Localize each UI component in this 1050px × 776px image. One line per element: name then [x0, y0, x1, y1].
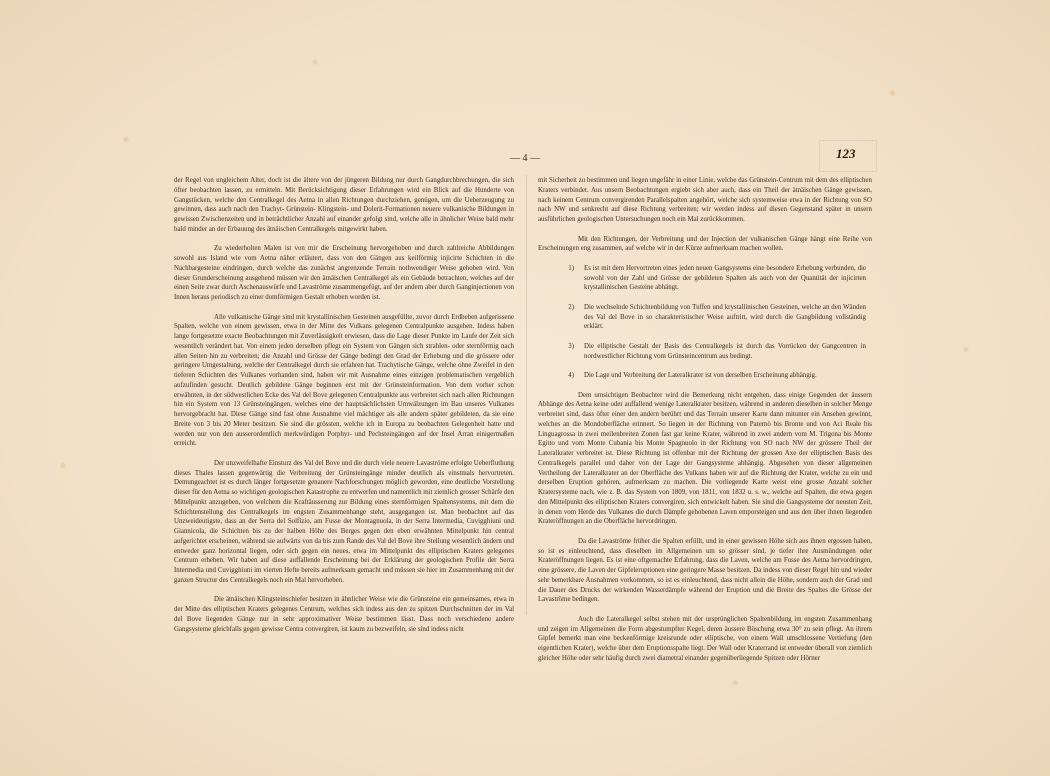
- left-column: der Regel von ungleichem Alter, doch ist…: [174, 176, 514, 644]
- paragraph: der Regel von ungleichem Alter, doch ist…: [174, 176, 514, 235]
- paragraph: Auch die Lateralkegel selbst stehen mit …: [538, 615, 872, 664]
- list-number: 3): [538, 342, 584, 362]
- paragraph: Da die Lavaströme früher die Spalten erf…: [538, 537, 872, 605]
- paragraph: mit Sicherheit zu bestimmen und liegen u…: [538, 176, 872, 225]
- paragraph: Alle vulkanische Gänge sind mit krystall…: [174, 313, 514, 450]
- list-text: Die Lage und Verbreitung der Lateralkrat…: [584, 371, 872, 381]
- list-item: 2) Die wechselnde Schichtenbildung von T…: [538, 303, 872, 332]
- page-number: — 4 —: [505, 153, 545, 164]
- list-number: 4): [538, 371, 584, 381]
- paragraph: Dem umsichtigen Beobachter wird die Beme…: [538, 391, 872, 528]
- list-number: 2): [538, 303, 584, 332]
- list-text: Die elliptische Gestalt der Basis des Ce…: [584, 342, 872, 362]
- right-column: mit Sicherheit zu bestimmen und liegen u…: [538, 176, 872, 673]
- list-item: 1) Es ist mit dem Hervortreten eines jed…: [538, 264, 872, 293]
- list-item: 4) Die Lage und Verbreitung der Lateralk…: [538, 371, 872, 381]
- paragraph: Der unzweifelhafte Einsturz des Val del …: [174, 459, 514, 586]
- folio-number: 123: [836, 146, 856, 162]
- list-text: Die wechselnde Schichtenbildung von Tuff…: [584, 303, 872, 332]
- paragraph: Zu wiederholten Malen ist von mir die Er…: [174, 244, 514, 303]
- paragraph: Mit den Richtungen, der Verbreitung und …: [538, 235, 872, 255]
- list-item: 3) Die elliptische Gestalt der Basis des…: [538, 342, 872, 362]
- paragraph: Die ätnäischen Klingsteinschiefer besitz…: [174, 595, 514, 634]
- column-divider: [526, 175, 527, 615]
- list-text: Es ist mit dem Hervortreten eines jeden …: [584, 264, 872, 293]
- list-number: 1): [538, 264, 584, 293]
